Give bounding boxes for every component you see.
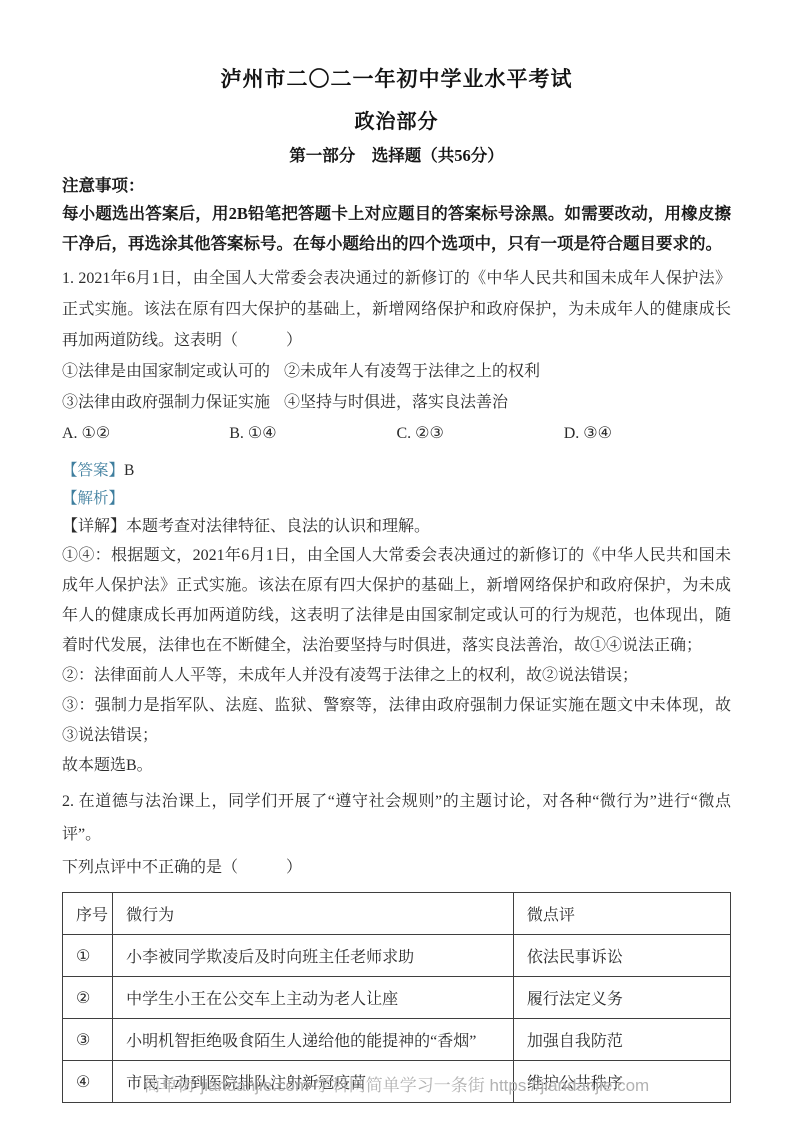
explanation-3: ③：强制力是指军队、法庭、监狱、警察等，法律由政府强制力保证实施在题文中未体现，… bbox=[62, 691, 731, 751]
choice-c: C. ②③ bbox=[397, 418, 564, 449]
header-cell-number: 序号 bbox=[63, 893, 113, 935]
answer-line: 【答案】B bbox=[62, 457, 731, 485]
statement-1: ①法律是由国家制定或认可的 bbox=[62, 356, 284, 387]
question1-statements-row-2: ③法律由政府强制力保证实施 ④坚持与时俱进，落实良法善治 bbox=[62, 387, 731, 418]
statement-4: ④坚持与时俱进，落实良法善治 bbox=[284, 387, 731, 418]
choice-b: B. ①④ bbox=[229, 418, 396, 449]
choice-a: A. ①② bbox=[62, 418, 229, 449]
watermark-footer: 简单街-jiandanjie.com-学科网简单学习一条街 https://ji… bbox=[0, 1071, 793, 1096]
detail-intro: 本题考查对法律特征、良法的认识和理解。 bbox=[126, 518, 430, 535]
cell-comment: 加强自我防范 bbox=[513, 1019, 730, 1061]
statement-3: ③法律由政府强制力保证实施 bbox=[62, 387, 284, 418]
table-header-row: 序号 微行为 微点评 bbox=[63, 893, 731, 935]
header-cell-behavior: 微行为 bbox=[113, 893, 514, 935]
cell-behavior: 小明机智拒绝吸食陌生人递给他的能提神的“香烟” bbox=[113, 1019, 514, 1061]
analysis-line: 【解析】 bbox=[62, 485, 731, 513]
notice-text: 每小题选出答案后，用2B铅笔把答题卡上对应题目的答案标号涂黑。如需要改动，用橡皮… bbox=[62, 199, 731, 259]
section-heading: 第一部分 选择题（共56分） bbox=[62, 144, 731, 167]
table-row: ② 中学生小王在公交车上主动为老人让座 履行法定义务 bbox=[63, 977, 731, 1019]
cell-behavior: 中学生小王在公交车上主动为老人让座 bbox=[113, 977, 514, 1019]
answer-label: 【答案】 bbox=[62, 462, 124, 479]
explanation-1: ①④：根据题文，2021年6月1日，由全国人大常委会表决通过的新修订的《中华人民… bbox=[62, 541, 731, 661]
question2-stem-line1: 2. 在道德与法治课上，同学们开展了“遵守社会规则”的主题讨论，对各种“微行为”… bbox=[62, 785, 731, 851]
explanation-2: ②：法律面前人人平等，未成年人并没有凌驾于法律之上的权利，故②说法错误； bbox=[62, 661, 731, 691]
question1-stem-paren: （ ） bbox=[222, 332, 302, 349]
answer-value: B bbox=[124, 462, 134, 479]
explanation-conclusion: 故本题选B。 bbox=[62, 751, 731, 781]
question2-stem-line2: 下列点评中不正确的是（ ） bbox=[62, 851, 731, 884]
cell-number: ② bbox=[63, 977, 113, 1019]
question1-statements-row-1: ①法律是由国家制定或认可的 ②未成年人有凌驾于法律之上的权利 bbox=[62, 356, 731, 387]
exam-page: 泸州市二〇二一年初中学业水平考试 政治部分 第一部分 选择题（共56分） 注意事… bbox=[0, 0, 793, 1103]
page-title: 泸州市二〇二一年初中学业水平考试 bbox=[62, 64, 731, 94]
question1-stem: 1. 2021年6月1日，由全国人大常委会表决通过的新修订的《中华人民共和国未成… bbox=[62, 263, 731, 356]
question1-stem-text: 1. 2021年6月1日，由全国人大常委会表决通过的新修订的《中华人民共和国未成… bbox=[62, 270, 731, 349]
statement-2: ②未成年人有凌驾于法律之上的权利 bbox=[284, 356, 731, 387]
question1-choices: A. ①② B. ①④ C. ②③ D. ③④ bbox=[62, 418, 731, 449]
choice-d: D. ③④ bbox=[564, 418, 731, 449]
detail-line: 【详解】本题考查对法律特征、良法的认识和理解。 bbox=[62, 513, 731, 541]
notice-label: 注意事项： bbox=[62, 173, 731, 199]
table-row: ① 小李被同学欺凌后及时向班主任老师求助 依法民事诉讼 bbox=[63, 935, 731, 977]
header-cell-comment: 微点评 bbox=[513, 893, 730, 935]
page-subtitle: 政治部分 bbox=[62, 108, 731, 136]
cell-number: ③ bbox=[63, 1019, 113, 1061]
cell-comment: 依法民事诉讼 bbox=[513, 935, 730, 977]
cell-number: ① bbox=[63, 935, 113, 977]
cell-comment: 履行法定义务 bbox=[513, 977, 730, 1019]
detail-label: 【详解】 bbox=[62, 518, 126, 535]
analysis-label: 【解析】 bbox=[62, 490, 124, 507]
cell-behavior: 小李被同学欺凌后及时向班主任老师求助 bbox=[113, 935, 514, 977]
table-row: ③ 小明机智拒绝吸食陌生人递给他的能提神的“香烟” 加强自我防范 bbox=[63, 1019, 731, 1061]
